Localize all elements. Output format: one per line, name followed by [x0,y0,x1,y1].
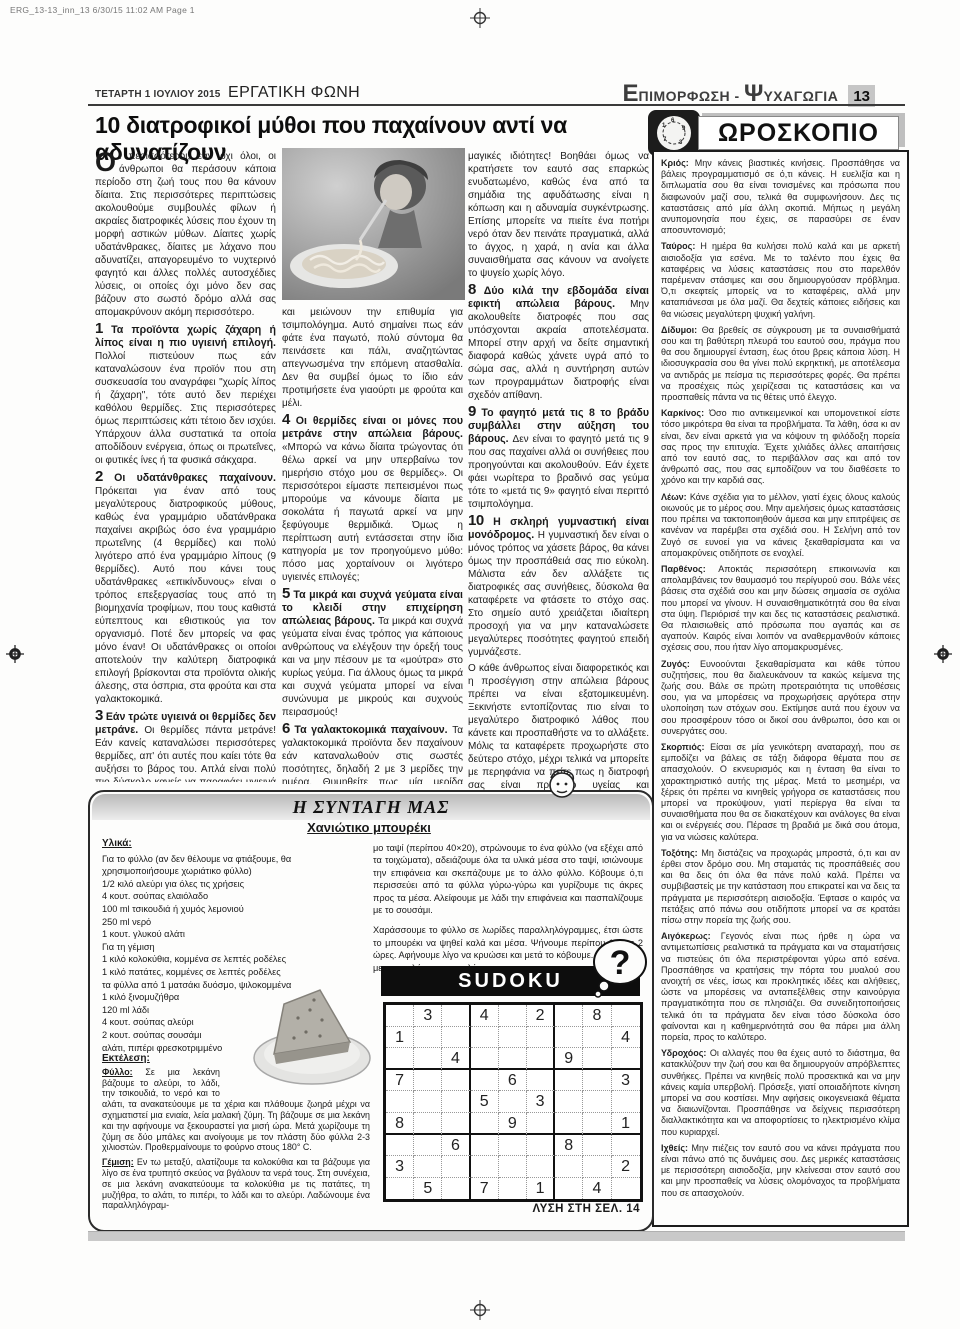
sudoku-cell [414,1070,442,1092]
zodiac-sign-label: Σκορπιός: [661,742,710,752]
sudoku-cell [583,1048,611,1070]
myth-heading: Οι θερμίδες είναι οι μόνες που μετράνε σ… [282,415,463,440]
horoscope-entry: Καρκίνος: Όσο πιο αντικειμενικοί και υπο… [661,408,900,486]
sudoku-cell [442,1091,470,1113]
sudoku-cell [386,1135,414,1157]
sudoku-cell: 4 [471,1005,499,1027]
ingredient-item: 1/2 κιλό αλεύρι για όλες τις χρήσεις [102,878,340,891]
sudoku-cell [527,1156,555,1178]
myth-number: 2 [95,468,103,485]
sudoku-cell [583,1113,611,1135]
sudoku-cell: 2 [527,1005,555,1027]
sudoku-cell [414,1091,442,1113]
myth-item: 6 Τα γαλακτοκομικά παχαίνουν. Τα γαλακτο… [282,722,463,784]
sudoku-cell [612,1005,640,1027]
section-text: ΠΙΜΟΡΦΩΣΗ - [638,88,744,104]
sudoku-cell [612,1091,640,1113]
sudoku-cell [499,1048,527,1070]
myth-number: 5 [282,585,290,602]
article-paragraph: μαγικές ιδιότητες! Βοηθάει όμως να κρατή… [468,150,649,280]
sudoku-cell: 8 [555,1135,583,1157]
sudoku-cell [386,1048,414,1070]
myth-number: 1 [95,320,103,337]
sudoku-cell [583,1156,611,1178]
horoscope-entry: Τοξότης: Μη διστάζεις να προχωράς μπροστ… [661,848,900,926]
spaghetti-photo-illustration [282,148,465,300]
sudoku-cell: 3 [414,1005,442,1027]
sudoku-cell [612,1048,640,1070]
sudoku-cell [555,1027,583,1049]
sudoku-cell [499,1178,527,1200]
sudoku-cell: 8 [386,1113,414,1135]
sudoku-cell: 7 [386,1070,414,1092]
horoscope-box: Κριός: Μην κάνεις βιαστικές κινήσεις. Πρ… [652,150,909,1227]
article-column-3: μαγικές ιδιότητες! Βοηθάει όμως να κρατή… [468,150,649,798]
article-paragraph: και μειώνουν την επιθυμία για τσιμπολόγη… [282,306,463,410]
myth-number: 3 [95,707,103,724]
sudoku-cell [527,1113,555,1135]
paper-title: ΕΡΓΑΤΙΚΗ ΦΩΝΗ [228,84,360,102]
sudoku-cell [442,1178,470,1200]
myth-heading: Δύο κιλά την εβδομάδα είναι εφικτή απώλε… [468,285,649,310]
sudoku-cell [612,1135,640,1157]
sudoku-cell [442,1070,470,1092]
myth-item: 10 Η σκληρή γυμναστική είναι μονόδρομος.… [468,514,649,659]
horoscope-entry: Δίδυμοι: Θα βρεθείς σε σύγκρουση με τα σ… [661,325,900,403]
sudoku-cell [612,1178,640,1200]
myth-item: 3 Εάν τρώτε υγιεινά οι θερμίδες δεν μετρ… [95,709,276,782]
sudoku-cell [499,1156,527,1178]
myth-heading: Εάν τρώτε υγιεινά οι θερμίδες δεν μετράν… [95,711,276,736]
horoscope-entry: Ιχθείς: Μην πιέζεις τον εαυτό σου να κάν… [661,1143,900,1199]
sudoku-cell: 5 [471,1091,499,1113]
sudoku-cell [414,1048,442,1070]
zodiac-sign-label: Αιγόκερως: [661,931,721,941]
myth-number: 4 [282,411,290,428]
sudoku-cell: 3 [386,1156,414,1178]
sudoku-cell [499,1135,527,1157]
sudoku-cell [583,1091,611,1113]
zodiac-sign-label: Ιχθείς: [661,1143,692,1153]
zodiac-sign-label: Ζυγός: [661,659,700,669]
article-intro: Οι περισσότεροι, εάν όχι όλοι, οι άνθρωπ… [95,150,276,319]
myth-heading: Τα προϊόντα χωρίς ζάχαρη ή λίπος είναι η… [95,324,276,349]
horoscope-entries: Κριός: Μην κάνεις βιαστικές κινήσεις. Πρ… [661,158,900,1219]
myth-heading: Οι υδατάνθρακες παχαίνουν. [103,472,276,484]
horoscope-title: ΩΡΟΣΚΟΠΙΟ [698,116,899,150]
print-slug: ERG_13-13_inn_13 6/30/15 11:02 AM Page 1 [10,5,195,15]
sudoku-cell [471,1156,499,1178]
sudoku-cell [386,1178,414,1200]
bottom-divider [88,1231,905,1241]
myth-heading: Τα γαλακτοκομικά παχαίνουν. [290,724,452,736]
myth-item: 8 Δύο κιλά την εβδομάδα είναι εφικτή απώ… [468,283,649,402]
myth-number: 9 [468,403,476,420]
registration-mark-icon [470,1300,490,1320]
registration-mark-icon [470,8,490,28]
boureki-photo-illustration [250,946,372,1098]
sudoku-cell [442,1113,470,1135]
ingredient-item: Για το φύλλο (αν δεν θέλουμε να φτιάξουμ… [102,853,340,878]
zodiac-sign-label: Καρκίνος: [661,408,709,418]
recipe-photo [250,946,372,1098]
myth-heading: Το φαγητό μετά τις 8 το βράδυ συμβάλλει … [468,407,649,445]
registration-mark-icon [6,645,24,663]
sudoku-cell [414,1135,442,1157]
sudoku-grid: 342814497635389168325714 [383,1002,643,1202]
sudoku-cell: 4 [442,1048,470,1070]
sudoku-cell [414,1113,442,1135]
sudoku-cell [583,1027,611,1049]
sudoku-cell [499,1027,527,1049]
myth-item: 1 Τα προϊόντα χωρίς ζάχαρη ή λίπος είναι… [95,322,276,467]
sudoku-cell [442,1156,470,1178]
sudoku-cell: 7 [471,1178,499,1200]
sudoku-solution-note: ΛΥΣΗ ΣΤΗ ΣΕΛ. 14 [383,1203,640,1215]
sudoku-cell: 9 [555,1048,583,1070]
article-column-2: και μειώνουν την επιθυμία για τσιμπολόγη… [282,306,463,784]
sudoku-cell [555,1070,583,1092]
myth-item: 9 Το φαγητό μετά τις 8 το βράδυ συμβάλλε… [468,405,649,511]
zodiac-sign-label: Ταύρος: [661,241,700,251]
sudoku-cell [414,1027,442,1049]
horoscope-entry: Ταύρος: Η ημέρα θα κυλήσει πολύ καλά και… [661,241,900,319]
sudoku-cell: 1 [527,1178,555,1200]
zodiac-sign-label: Υδροχόος: [661,1048,710,1058]
sudoku-cell [555,1005,583,1027]
horoscope-header: ΩΡΟΣΚΟΠΙΟ [702,113,905,147]
header-rule [88,104,905,106]
myth-number: 6 [282,720,290,737]
sudoku-cell [527,1135,555,1157]
zodiac-sign-label: Λέων: [661,492,690,502]
horoscope-entry: Παρθένος: Αποκτάς περισσότερη επικοινωνί… [661,564,900,654]
newspaper-page: ERG_13-13_inn_13 6/30/15 11:02 AM Page 1… [0,0,960,1329]
sudoku-cell [471,1070,499,1092]
horoscope-entry: Σκορπιός: Είσαι σε μία γενικότερη αναταρ… [661,742,900,843]
thinker-face-icon [543,766,581,800]
sudoku-cell [527,1048,555,1070]
execution-step: Γέμιση: Εν τω μεταξύ, αλατίζουμε τα κολο… [102,1157,370,1211]
step-label: Φύλλο: [102,1067,133,1077]
issue-date: ΤΕΤΑΡΤΗ 1 ΙΟΥΛΙΟΥ 2015 [95,89,221,100]
myth-number: 8 [468,281,476,298]
horoscope-entry: Αιγόκερως: Γεγονός είναι πως ήρθε η ώρα … [661,931,900,1043]
recipe-title: Χανιώτικο μπουρέκι [88,820,650,835]
ingredient-item: 250 ml νερό [102,916,340,929]
article-column-1: Οι περισσότεροι, εάν όχι όλοι, οι άνθρωπ… [95,150,276,782]
section-text: ΥΧΑΓΩΓΙΑ [763,88,838,104]
myth-heading: Η σκληρή γυμναστική είναι μονόδρομος. [468,516,649,541]
sudoku-cell [583,1135,611,1157]
myth-item: 5 Τα μικρά και συχνά γεύματα είναι το κλ… [282,587,463,719]
myth-heading: Τα μικρά και συχνά γεύματα είναι το κλει… [282,589,463,627]
ingredient-item: 1 κουτ. γλυκού αλάτι [102,928,340,941]
sudoku-cell: 4 [583,1178,611,1200]
sudoku-cell: 6 [499,1070,527,1092]
sudoku-cell [555,1156,583,1178]
zodiac-sign-label: Παρθένος: [661,564,718,574]
sudoku-cell: 3 [612,1070,640,1092]
sudoku-cell [442,1005,470,1027]
sudoku-cell [414,1156,442,1178]
sudoku-cell: 3 [527,1091,555,1113]
sudoku-cell [471,1048,499,1070]
zodiac-sign-label: Κριός: [661,158,695,168]
article-photo [282,148,465,300]
myth-item: 2 Οι υδατάνθρακες παχαίνουν. Πρόκειται γ… [95,470,276,706]
sudoku-cell [527,1070,555,1092]
horoscope-entry: Λέων: Κάνε σχέδια για το μέλλον, γιατί έ… [661,492,900,559]
step-label: Γέμιση: [102,1157,134,1167]
sudoku-cell [386,1005,414,1027]
sudoku-cell: 1 [386,1027,414,1049]
myth-number: 10 [468,512,484,529]
registration-mark-icon [934,645,952,663]
sudoku-cell [555,1113,583,1135]
sudoku-cell [527,1027,555,1049]
sudoku-cell: 9 [499,1113,527,1135]
zodiac-sign-label: Δίδυμοι: [661,325,702,335]
sudoku-cell [471,1027,499,1049]
sudoku-cell: 6 [442,1135,470,1157]
sudoku-cell [386,1091,414,1113]
myth-item: 4 Οι θερμίδες είναι οι μόνες που μετράνε… [282,413,463,584]
sudoku-cell: 4 [612,1027,640,1049]
sudoku-cell: 2 [612,1156,640,1178]
ingredient-item: 4 κουτ. σούπας ελαιόλαδο [102,890,340,903]
sudoku-cell [471,1135,499,1157]
ingredients-label: Υλικά: [102,838,340,851]
sudoku-cell [583,1070,611,1092]
sudoku-cell [499,1091,527,1113]
question-mark-icon: ? [592,936,648,998]
sudoku-cell: 1 [612,1113,640,1135]
sudoku-cell: 5 [414,1178,442,1200]
horoscope-entry: Ζυγός: Ευνοούνται ξεκαθαρίσματα και κάθε… [661,659,900,737]
section-initial: Ε [622,80,638,107]
svg-text:?: ? [610,944,631,982]
sudoku-cell: 8 [583,1005,611,1027]
sudoku-cell [555,1091,583,1113]
drop-cap: Ο [95,150,119,174]
sudoku-cell [499,1005,527,1027]
section-initial: Ψ [744,80,763,107]
zodiac-sign-label: Τοξότης: [661,848,701,858]
sudoku-cell [471,1113,499,1135]
horoscope-entry: Κριός: Μην κάνεις βιαστικές κινήσεις. Πρ… [661,158,900,236]
ingredient-item: 100 ml τσικουδιά ή χυμός λεμονιού [102,903,340,916]
sudoku-cell [555,1178,583,1200]
recipe-paragraph: μο ταψί (περίπου 40×20), στρώνουμε το έν… [373,842,643,916]
sudoku-cell [442,1027,470,1049]
horoscope-entry: Υδροχόος: Οι αλλαγές που θα έχεις αυτό τ… [661,1048,900,1138]
